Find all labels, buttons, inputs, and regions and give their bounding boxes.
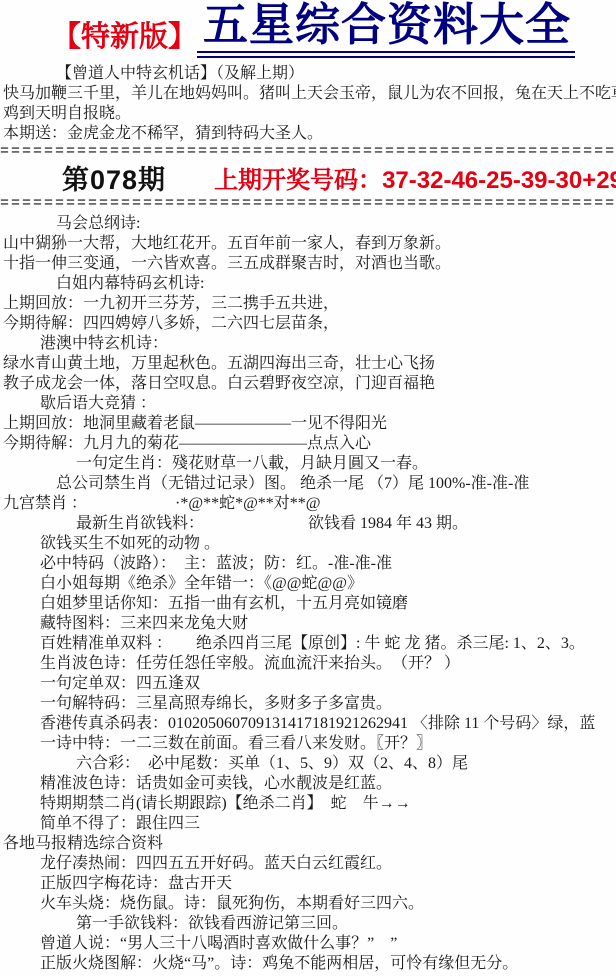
text-line: 鸡到天明自报晓。	[0, 104, 616, 124]
issue-bar: 第078期 上期开奖号码：37-32-46-25-39-30+29	[0, 158, 616, 196]
text-line: 香港传真杀码表：010205060709131417181921262941 〈…	[0, 714, 616, 734]
text-line: 上期回放：地洞里藏着老鼠——————一见不得阳光	[0, 414, 616, 434]
text-line: 第一手欲钱料：欲钱看西游记第三回。	[0, 914, 616, 934]
text-line: 【曾道人中特玄机话】（及解上期）	[0, 64, 616, 84]
text-line: 快马加鞭三千里，羊儿在地妈妈叫。猪叫上天会玉帝，鼠儿为农不回报，兔在天上不吃草，	[0, 84, 616, 104]
text-line: 一句定单双：四五逢双	[0, 674, 616, 694]
text-line: 生肖波色诗：任劳任怨任宰般。流血流汗来抬头。 （开？ ）	[0, 654, 616, 674]
text-line: 总公司禁生肖（无错过记录）图。 绝杀一尾 （7）尾 100%-准-准-准	[0, 474, 616, 494]
text-line: 必中特码（波路）： 主：蓝波；防：红。-准-准-准	[0, 554, 616, 574]
edition-badge: 【特新版】	[52, 23, 197, 58]
text-line: 精准波色诗：话贵如金可卖钱，心水靓波是红蓝。	[0, 774, 616, 794]
text-line: 简单不得了：跟住四三	[0, 814, 616, 834]
text-line: 百姓精准单双料 ： 绝杀四肖三尾【原创】: 牛 蛇 龙 猪。杀三尾: 1、2、3…	[0, 634, 616, 654]
text-line: 本期送：金虎金龙不稀罕，猜到特码大圣人。	[0, 124, 616, 144]
intro-block: 【曾道人中特玄机话】（及解上期）快马加鞭三千里，羊儿在地妈妈叫。猪叫上天会玉帝，…	[0, 58, 616, 144]
text-line: 正版四字梅花诗：盘古开天	[0, 874, 616, 894]
text-line: 今期待解：九月九的菊花————————点点入心	[0, 434, 616, 454]
text-line: 十指一伸三变通，一六皆欢喜。三五成群聚吉时，对酒也当歌。	[0, 254, 616, 274]
text-line: 教子成龙会一体，落日空叹息。白云碧野夜空凉，门迎百福艳	[0, 374, 616, 394]
text-line: 一句定生肖：殘花财草一八載，月缺月圓又一春。	[0, 454, 616, 474]
text-line: 火车头烧：烧伤鼠。诗：鼠死狗伤，本期看好三四六。	[0, 894, 616, 914]
text-line: 白姐内幕特码玄机诗:	[0, 274, 616, 294]
page-title: 五星综合资料大全	[197, 3, 575, 58]
text-line: 一诗中特：一二三数在前面。看三看八来发财。〖开？〗	[0, 734, 616, 754]
text-line: 正版火烧图解：火烧“马”。诗：鸡兔不能两相居，可怜有缘但无分。	[0, 954, 616, 974]
text-line: 最新生肖欲钱料： 欲钱看 1984 年 43 期。	[0, 514, 616, 534]
previous-draw-numbers: 上期开奖号码：37-32-46-25-39-30+29	[214, 160, 616, 195]
text-line: 上期回放：一九初开三芬芳，三二携手五共进，	[0, 294, 616, 314]
page-header: 【特新版】 五星综合资料大全	[0, 0, 616, 58]
text-line: 港澳中特玄机诗：	[0, 334, 616, 354]
issue-number: 第078期	[62, 158, 166, 197]
text-line: 歇后语大竞猜 ：	[0, 394, 616, 414]
text-line: 白姐梦里话你知：五指一曲有玄机，十五月亮如镜磨	[0, 594, 616, 614]
previous-draw-label: 上期开奖号码：	[214, 167, 382, 194]
lottery-info-sheet: 【特新版】 五星综合资料大全 【曾道人中特玄机话】（及解上期）快马加鞭三千里，羊…	[0, 0, 616, 977]
text-line: 山中猢狲一大帮，大地红花开。五百年前一家人，春到万象新。	[0, 234, 616, 254]
text-line: 白小姐每期《绝杀》全年错一：《@@蛇@@》	[0, 574, 616, 594]
text-line: 藏特图料：三来四来龙兔大财	[0, 614, 616, 634]
text-line: 曾道人说：“男人三十八喝酒时喜欢做什么事？” ”	[0, 934, 616, 954]
previous-draw-value: 37-32-46-25-39-30+29	[382, 167, 616, 194]
text-line: 绿水青山黄土地，万里起秋色。五湖四海出三奇，壮士心飞扬	[0, 354, 616, 374]
text-line: 马会总纲诗:	[0, 214, 616, 234]
text-line: 龙仔凑热闹：四四五五开好码。蓝天白云红霞红。	[0, 854, 616, 874]
text-line: 今期待解：四四娉婷八多娇，二六四七层苗条，	[0, 314, 616, 334]
separator-line-top: ========================================…	[0, 146, 616, 158]
text-line: 九宫禁肖 ： ·*@**蛇*@**对**@	[0, 494, 616, 514]
text-line: 特期期禁二肖(请长期跟踪)【绝杀二肖】 蛇 牛→→	[0, 794, 616, 814]
separator-line-bottom: ========================================…	[0, 198, 616, 210]
text-line: 欲钱买生不如死的动物 。	[0, 534, 616, 554]
text-line: 一句解特码：三星高照寿绵长，多财多子多富贵。	[0, 694, 616, 714]
content-block: 马会总纲诗:山中猢狲一大帮，大地红花开。五百年前一家人，春到万象新。十指一伸三变…	[0, 210, 616, 974]
text-line: 六合彩： 必中尾数：买单（1、5、9）双（2、4、8）尾	[0, 754, 616, 774]
text-line: 各地马报精选综合资料	[0, 834, 616, 854]
